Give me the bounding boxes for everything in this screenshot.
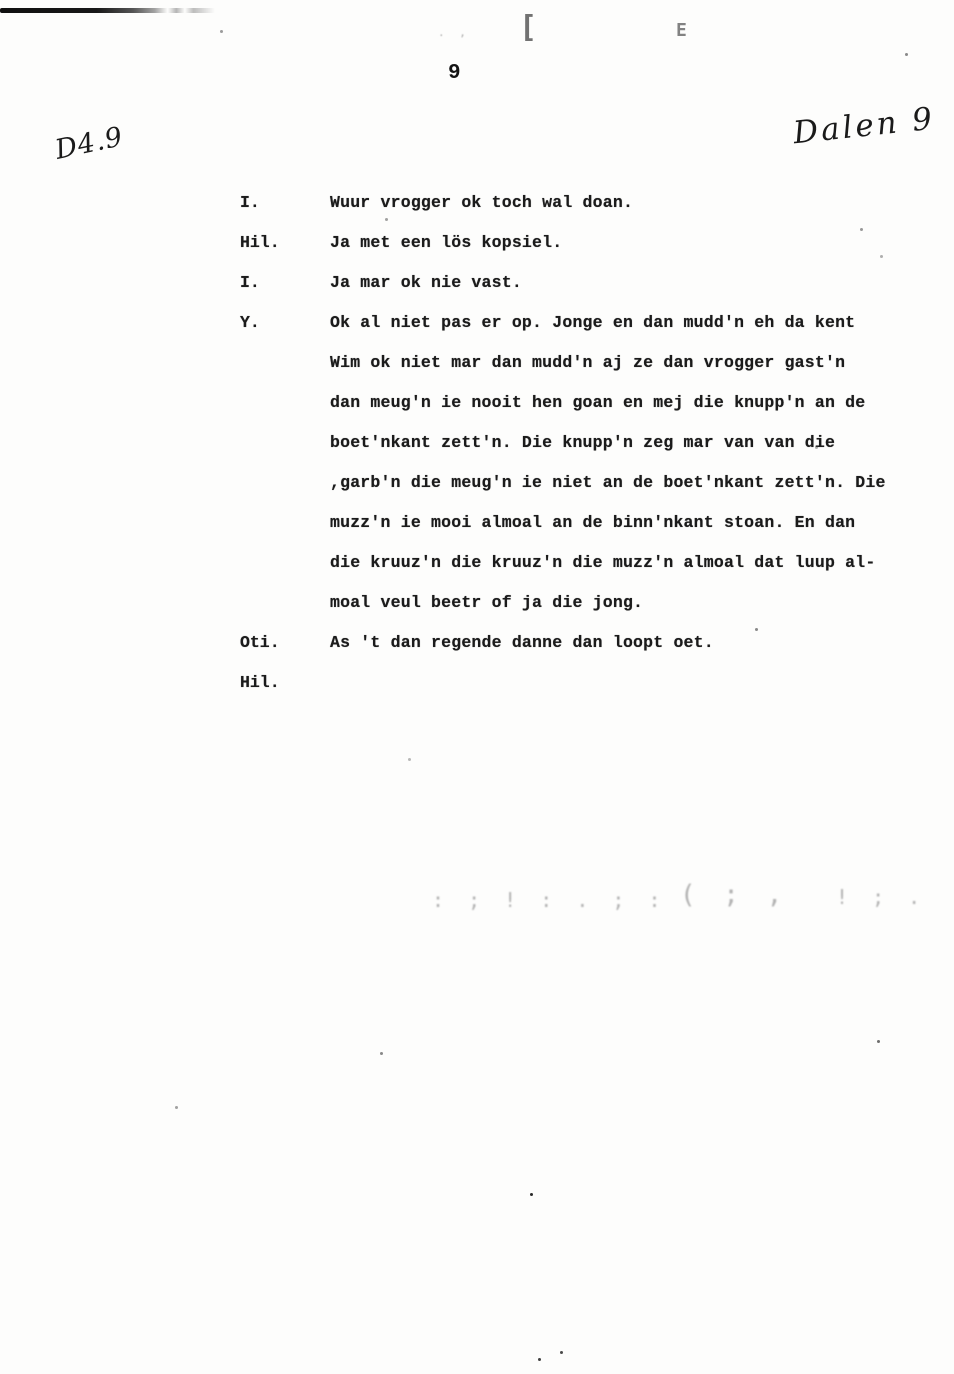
dialogue-lines: Ja mar ok nie vast. (330, 263, 900, 303)
scan-noise-specks (530, 1193, 533, 1196)
speaker-label: Hil. (240, 663, 330, 703)
bleed-through-smudge: ( ; , (680, 880, 788, 910)
handwritten-annotation-left: D4.9 (53, 121, 127, 166)
dialogue-line: Wuur vrogger ok toch wal doan. (330, 183, 900, 223)
speaker-label: Oti. (240, 623, 330, 663)
dialogue-lines: As 't dan regende danne dan loopt oet. (330, 623, 900, 663)
dialogue-line: Wim ok niet mar dan mudd'n aj ze dan vro… (330, 343, 900, 383)
dialogue-line: Ja met een lös kopsiel. (330, 223, 900, 263)
dialogue-line: dan meug'n ie nooit hen goan en mej die … (330, 383, 900, 423)
dialogue-line: As 't dan regende danne dan loopt oet. (330, 623, 900, 663)
dialogue-line (330, 663, 900, 703)
dialogue-row: Hil. (240, 663, 900, 703)
scanned-document-page: . , [ E 9 Dalen 9 D4.9 I. Wuur vrogger o… (0, 0, 954, 1374)
dialogue-line: Ja mar ok nie vast. (330, 263, 900, 303)
dialogue-line: muzz'n ie mooi almoal an de binn'nkant s… (330, 503, 900, 543)
dialogue-line: moal veul beetr of ja die jong. (330, 583, 900, 623)
speaker-label: I. (240, 263, 330, 303)
dialogue-line: ,garb'n die meug'n ie niet an de boet'nk… (330, 463, 900, 503)
speaker-label: I. (240, 183, 330, 223)
dialogue-lines: Ok al niet pas er op. Jonge en dan mudd'… (330, 303, 900, 623)
scan-artifact-line (0, 8, 215, 13)
speaker-label: Hil. (240, 223, 330, 263)
dialogue-line: boet'nkant zett'n. Die knupp'n zeg mar v… (330, 423, 900, 463)
bleed-through-smudge: : ; ! : . ; : (432, 888, 667, 912)
bleed-through-smudge: ! ; . (836, 885, 926, 909)
page-number: 9 (448, 62, 461, 85)
dialogue-row: I. Wuur vrogger ok toch wal doan. (240, 183, 900, 223)
bracket-ink-mark: [ (519, 10, 537, 45)
dialogue-row: Hil. Ja met een lös kopsiel. (240, 223, 900, 263)
dialogue-line: Ok al niet pas er op. Jonge en dan mudd'… (330, 303, 900, 343)
ink-speck-marks: . , (438, 26, 470, 39)
dialogue-lines: Wuur vrogger ok toch wal doan. (330, 183, 900, 223)
speaker-label: Y. (240, 303, 330, 343)
dialogue-row: Y. Ok al niet pas er op. Jonge en dan mu… (240, 303, 900, 623)
letter-ink-mark: E (676, 20, 685, 41)
handwritten-annotation-right: Dalen 9 (792, 101, 937, 152)
dialogue-row: Oti. As 't dan regende danne dan loopt o… (240, 623, 900, 663)
dialogue-lines (330, 663, 900, 703)
dialogue-row: I. Ja mar ok nie vast. (240, 263, 900, 303)
dialogue-transcript: I. Wuur vrogger ok toch wal doan. Hil. J… (240, 183, 900, 703)
dialogue-lines: Ja met een lös kopsiel. (330, 223, 900, 263)
dialogue-line: die kruuz'n die kruuz'n die muzz'n almoa… (330, 543, 900, 583)
